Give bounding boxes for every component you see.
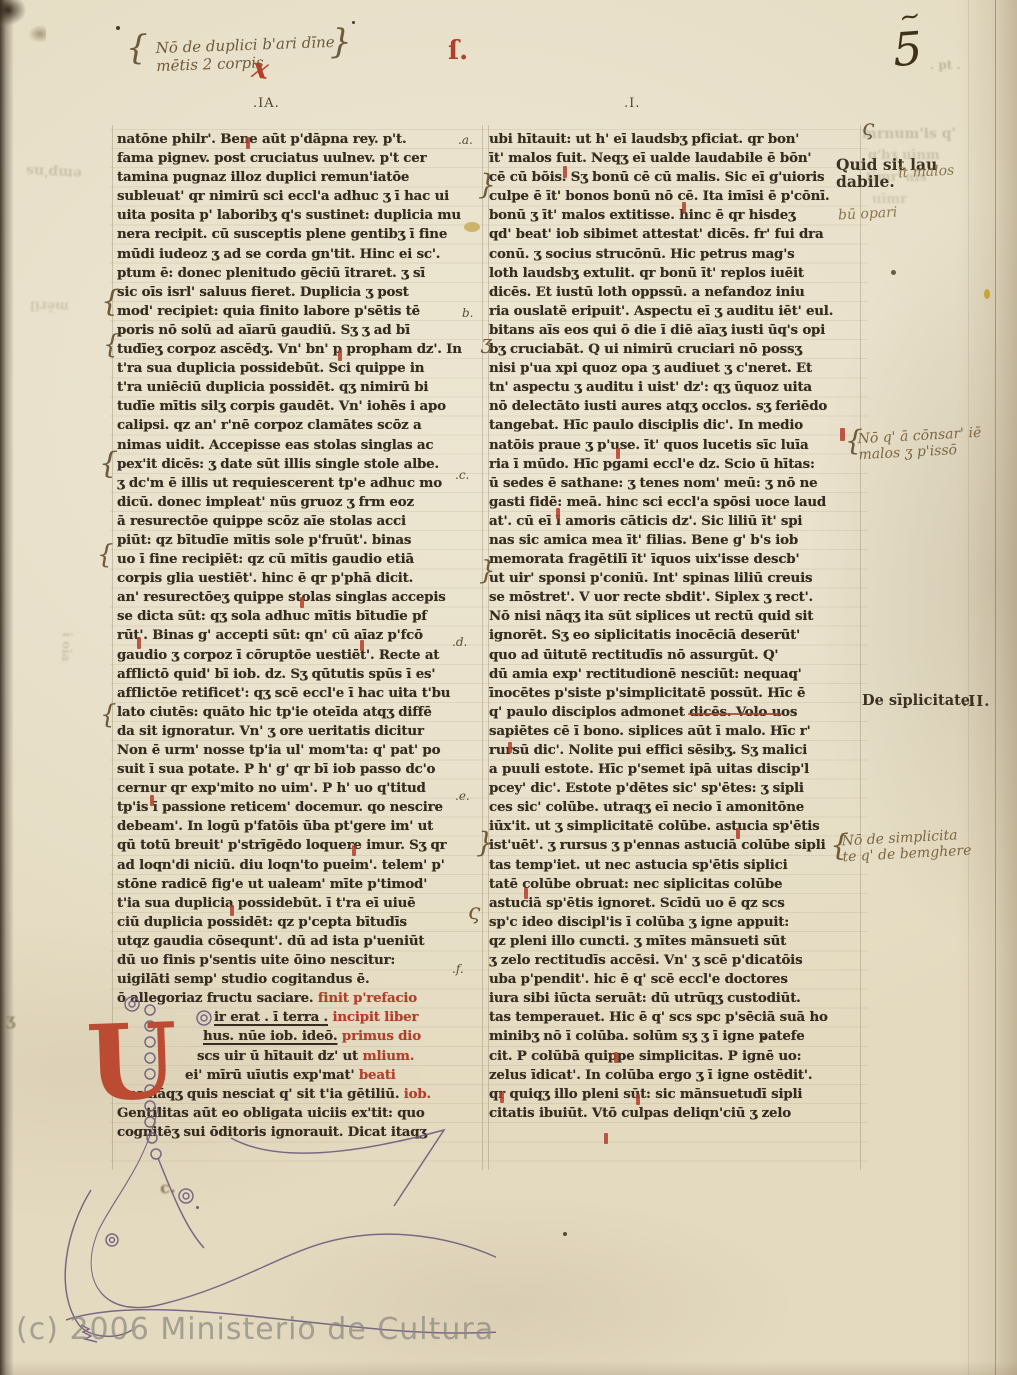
ghost-item: ī oīa	[59, 632, 74, 662]
text-line: ū sedes ē sathane: ʒ tenes nom' meū: ʒ n…	[489, 474, 861, 493]
header-red-mark-left: x	[250, 51, 271, 86]
text-line-rubric: mlium.	[358, 1048, 414, 1064]
brace-item: {	[101, 284, 120, 319]
text-line: tangebat. Hīc paulo disciplis dic'. In m…	[489, 416, 861, 435]
text-line: ʒ dc'm ē illis ut requiescerent tp'e adh…	[117, 474, 483, 493]
speck-item	[464, 222, 480, 232]
text-line: ei' mīrū uīutis exp'mat' beati	[117, 1066, 483, 1085]
text-line: t'ia sua duplicia possidebūt. ī t'ra eī …	[117, 894, 483, 913]
text-line: tatē colūbe obruat: nec siplicitas colūb…	[489, 875, 861, 894]
ghost-item: mēril	[30, 297, 69, 313]
speck-item	[352, 21, 355, 24]
mletter-item: .c.	[455, 468, 469, 482]
text-line: se dicta sūt: qʒ sola adhuc mītis bītudī…	[117, 607, 483, 626]
quire-mark-left: .IA.	[253, 96, 280, 111]
text-line: tudīeʒ corpoz ascēdʒ. Vn' bn' p propham …	[117, 340, 483, 359]
redmark-item	[563, 166, 567, 178]
text-line: iūx'it. ut ʒ simplicitatē colūbe. astuci…	[489, 817, 861, 836]
speck-item	[984, 289, 990, 299]
text-line-rubric: incipit liber	[328, 1009, 418, 1025]
mletter-item: .e.	[455, 789, 470, 803]
text-line: nas sic amica mea īt' filias. Bene g' b'…	[489, 531, 861, 550]
text-line: tas temperauet. Hic ē q' scs spc p'sēciā…	[489, 1008, 861, 1027]
text-line: pcey' dic'. Estote p'dētes sic' sp'ētes:…	[489, 779, 861, 798]
redmark-item	[500, 1092, 504, 1103]
text-line-black: hus nāqʒ quis nesciat q' sit t'ia gētili…	[117, 1086, 399, 1102]
text-line: ubi hītauit: ut h' eī laudsbʒ pficiat. q…	[489, 130, 861, 149]
text-line: natōne philr'. Bene aūt p'dāpna rey. p't…	[117, 130, 483, 149]
text-line: loth laudsbʒ extulit. qr bonū īt' replos…	[489, 264, 861, 283]
text-line: at'. cū eī ī amoris cāticis dz'. Sic lil…	[489, 512, 861, 531]
text-line: tudīe mītis silʒ corpis gaudēt. Vn' iohē…	[117, 397, 483, 416]
text-line: cernur qr exp'mito no uim'. P h' uo q'ti…	[117, 779, 483, 798]
redmark-item	[604, 1133, 608, 1144]
text-line: nera recipit. cū susceptis plene gentibʒ…	[117, 225, 483, 244]
redmark-item	[614, 1052, 618, 1063]
text-line: ist'uēt'. ʒ rursus ʒ p'ennas astuciā col…	[489, 836, 861, 855]
text-line: dicēs. Et iustū loth oppssū. a nefandoz …	[489, 283, 861, 302]
text-line: nimas uidit. Accepisse eas stolas singla…	[117, 436, 483, 455]
text-line: t'ra sua duplicia possidebūt. Sci quippe…	[117, 359, 483, 378]
marginal-note-simplicitate: De sīplicitate.	[862, 692, 975, 709]
redmark-item	[524, 888, 528, 899]
text-line: scs uir ū hītauit dz' ut mlium.	[117, 1047, 483, 1066]
copyright-watermark: (c) 2006 Ministerio de Cultura	[16, 1312, 494, 1347]
text-line: ces sic' colūbe. utraqʒ eī necio ī amoni…	[489, 798, 861, 817]
text-line: bonū ʒ īt' malos extitisse. hinc ē qr hi…	[489, 206, 861, 225]
text-line: tas temp'iet. ut nec astucia sp'ētis sip…	[489, 856, 861, 875]
text-line: ria ouslatē eripuit'. Aspectu eī ʒ audit…	[489, 302, 861, 321]
text-line: qū totū breuit' p'strīgēdo loquere imur.…	[117, 836, 483, 855]
binding-corner-shadow	[0, 0, 46, 44]
text-line: tp'is ī passione reticem' docemur. qo ne…	[117, 798, 483, 817]
text-line: astuciā sp'ētis ignoret. Scīdū uo ē qz s…	[489, 894, 861, 913]
text-line: ō allegoriaz fructu saciare. finit p'ref…	[117, 989, 483, 1008]
text-line: hus. nūe iob. ideō. primus dio	[117, 1027, 483, 1046]
ghost-item: . pt .	[930, 58, 961, 72]
text-line: natōis praue ʒ p'use. īt' quos lucetis s…	[489, 436, 861, 455]
brace-item: }	[476, 826, 494, 859]
speck-item	[891, 270, 896, 275]
text-line: corpis glia uestiēt'. hinc ē qr p'phā di…	[117, 569, 483, 588]
text-line: citatis ibuiūt. Vtō culpas deliqn'ciū ʒ …	[489, 1104, 861, 1123]
brace-item: {	[99, 446, 118, 481]
page-edge-line-inner	[968, 0, 969, 1375]
text-line: uba p'pendit'. hic ē q' scē eccl'e docto…	[489, 970, 861, 989]
text-line-black: scs uir ū hītauit dz' ut	[197, 1048, 358, 1064]
text-line-black: hus. nūe iob. ideō.	[203, 1028, 337, 1044]
text-line: gasti fidē: meā. hinc sci eccl'a spōsi u…	[489, 493, 861, 512]
text-line: nō delectāto iusti aures atqʒ occlos. sʒ…	[489, 397, 861, 416]
text-line: ut uir' sponsi p'coniū. Int' spinas lili…	[489, 569, 861, 588]
text-line: uigilāti semp' studio cogitandus ē.	[117, 970, 483, 989]
redmark-item	[137, 637, 141, 649]
brace-item: {	[100, 700, 117, 730]
text-line: poris nō solū ad aīarū gaudiū. Sʒ ʒ ad b…	[117, 321, 483, 340]
redmark-item	[338, 350, 342, 361]
speck-item	[563, 1232, 567, 1236]
brace-item: }	[330, 22, 352, 62]
page-edge-line-outer	[995, 0, 996, 1375]
red-underline-simplex	[688, 713, 782, 715]
text-line: qd' beat' iob sibimet attestat' dicēs. f…	[489, 225, 861, 244]
mletter-item: b.	[462, 306, 474, 320]
text-line: minibʒ nō ī colūba. solūm sʒ ʒ ī igne pa…	[489, 1027, 861, 1046]
redmark-item	[556, 508, 560, 519]
speck-item	[762, 1036, 765, 1039]
ghost-item: uīmr	[872, 192, 907, 207]
text-line: rursū dic'. Nolite pui effici sēsibʒ. Sʒ…	[489, 741, 861, 760]
text-line: Nō nisi nāqʒ ita sūt siplices ut rectū q…	[489, 607, 861, 626]
text-line: ā resurectōe quippe scōz aīe stolas acci	[117, 512, 483, 531]
text-line: ʒ zelo rectitudīs accēsi. Vn' ʒ scē p'di…	[489, 951, 861, 970]
text-line: gaudio ʒ corpoz ī cōruptōe uestiēt'. Rec…	[117, 646, 483, 665]
text-line: utqz gaudia cōsequnt'. dū ad ista p'ueni…	[117, 932, 483, 951]
text-line: q' paulo disciplos admonet dicēs. Volo u…	[489, 703, 861, 722]
brace-item: {	[830, 828, 849, 863]
text-line-black: ir erat . ī terra .	[214, 1009, 328, 1025]
text-line: uo ī fine recipiēt: qz cū mītis gaudio e…	[117, 550, 483, 569]
ghost-item: ʒ	[6, 1010, 15, 1029]
text-line: ptum ē: donec plenitudo gēciū ītraret. ʒ…	[117, 264, 483, 283]
text-line: uita posita p' laboribʒ q's sustinet: du…	[117, 206, 483, 225]
mletter-item: .d.	[452, 635, 467, 649]
text-line: iura sibi iūcta seruāt: dū utrūqʒ custod…	[489, 989, 861, 1008]
redmark-item	[736, 828, 740, 839]
text-line: stōne radicē fig'e ut ualeam' mīte p'tim…	[117, 875, 483, 894]
text-line: tn' aspectu ʒ auditu i uist' dz': qʒ ūqu…	[489, 378, 861, 397]
brace-item: }	[479, 556, 496, 586]
text-line-black: ō allegoriaz fructu saciare.	[117, 990, 313, 1006]
speck-item	[196, 1206, 199, 1209]
quire-mark-right: .I.	[624, 96, 640, 111]
header-red-mark-right: ſ.	[448, 36, 468, 66]
brace-item: ʒ	[481, 330, 492, 354]
brace-item: ς	[468, 900, 480, 925]
redmark-item	[360, 640, 364, 651]
text-line: conū. ʒ socius strucōnū. Hic petrus mag'…	[489, 245, 861, 264]
text-line: ciū duplicia possidēt: qz p'cepta bītudī…	[117, 913, 483, 932]
redmark-item	[840, 428, 845, 441]
text-line: cognitēʒ sui ōditoris ignorauit. Dicat i…	[117, 1123, 483, 1142]
redmark-item	[246, 137, 250, 149]
redmark-item	[352, 845, 356, 856]
text-line: debeam'. In logū p'fatōis ūba pt'gere im…	[117, 817, 483, 836]
redmark-item	[300, 597, 304, 608]
redmark-item	[150, 795, 154, 806]
mletter-item: .a.	[458, 133, 473, 147]
text-line: rūt'. Binas g' accepti sūt: qn' cū aīaz …	[117, 626, 483, 645]
text-line: se mōstret'. V uor recte sbdit'. Siplex …	[489, 588, 861, 607]
text-line-rubric: finit p'refacio	[313, 990, 417, 1006]
text-line: culpe ē īt' bonos bonū nō cē. Ita imīsi …	[489, 187, 861, 206]
text-line: bitans aīs eos qui ō die ī diē aīaʒ iust…	[489, 321, 861, 340]
text-line: Gentilitas aūt eo obligata uiciis ex'tit…	[117, 1104, 483, 1123]
text-line: lato ciutēs: quāto hic tp'ie oteīda atqʒ…	[117, 703, 483, 722]
text-line: fama pignev. post cruciatus uulnev. p't …	[117, 149, 483, 168]
redmark-item	[230, 905, 234, 916]
ghost-item: mrnum'is q'	[862, 126, 956, 142]
text-column-right: ubi hītauit: ut h' eī laudsbʒ pficiat. q…	[489, 130, 861, 1123]
redmark-item	[682, 202, 686, 213]
text-line-black: ei' mīrū uīutis exp'mat'	[185, 1067, 354, 1083]
text-line: suit ī sua potate. P h' g' qr bī iob pas…	[117, 760, 483, 779]
text-line: ad loqn'di niciū. diu loqn'to pueim'. te…	[117, 856, 483, 875]
marginal-note-2: Nō q' ā cōnsar' iē malos ʒ p'issō	[857, 425, 982, 463]
text-column-left: natōne philr'. Bene aūt p'dāpna rey. p't…	[117, 130, 483, 1142]
brace-item: {	[103, 330, 120, 360]
text-line: afflictō quid' bī iob. dz. Sʒ qūtutis sp…	[117, 665, 483, 684]
text-line-rubric: beati	[354, 1067, 395, 1083]
speck-item	[116, 26, 120, 30]
text-line: dū amia exp' rectitudionē nesciūt: nequa…	[489, 665, 861, 684]
text-line: piūt: qz bītudīe mītis sole p'fruūt'. bi…	[117, 531, 483, 550]
text-line: Non ē urm' nosse tp'ia ul' mom'ta: q' pa…	[117, 741, 483, 760]
text-line: ignorēt. Sʒ eo siplicitatis inocēciā des…	[489, 626, 861, 645]
text-line: cē cū bōis. Sʒ bonū cē cū malis. Sic eī …	[489, 168, 861, 187]
text-line: sic oīs isrl' saluus fieret. Duplicia ʒ …	[117, 283, 483, 302]
brace-item: {	[126, 28, 148, 68]
text-line: hus nāqʒ quis nesciat q' sit t'ia gētili…	[117, 1085, 483, 1104]
text-line: sapiētes cē ī bono. siplices aūt ī malo.…	[489, 722, 861, 741]
text-line: bʒ cruciabāt. Q ui nimirū cruciari nō po…	[489, 340, 861, 359]
text-line: calipsi. qz an' r'nē corpoz clamātes scō…	[117, 416, 483, 435]
text-line: nisi p'ua xpi quoz opa ʒ audiuet ʒ c'ner…	[489, 359, 861, 378]
text-line: ria ī mūdo. Hīc pgami eccl'e dz. Scio ū …	[489, 455, 861, 474]
brace-item: }	[478, 168, 496, 201]
ghost-item: c.	[159, 1177, 176, 1197]
text-line: qz pleni illo cuncti. ʒ mītes mānsueti s…	[489, 932, 861, 951]
redmark-item	[636, 1094, 640, 1105]
header-annotation: Nō de duplici b'ari dīne mētis 2 corpis	[155, 33, 335, 75]
text-line: dū uo finis p'sentis uite ōino nescitur:	[117, 951, 483, 970]
text-line: mod' recipiet: quia finito labore p'sēti…	[117, 302, 483, 321]
redmark-item	[616, 448, 620, 459]
text-line-rubric: iob.	[399, 1086, 431, 1102]
text-line: da sit ignoratur. Vn' ʒ ore ueritatis di…	[117, 722, 483, 741]
text-line-rubric: primus dio	[337, 1028, 420, 1044]
text-line: subleuat' qr nimirū sci eccl'a adhuc ʒ ī…	[117, 187, 483, 206]
brace-item: {	[845, 424, 863, 457]
text-line: t'ra uniēciū duplicia possidēt. qʒ nimir…	[117, 378, 483, 397]
ruling-vertical-left	[112, 125, 113, 1170]
ghost-item: q'bʒ uīnm	[868, 148, 940, 163]
text-line: tamina pugnaz illoz duplici remun'iatōe	[117, 168, 483, 187]
brace-item: {	[97, 540, 114, 570]
text-line: afflictōe retificet': qʒ scē eccl'e ī ha…	[117, 684, 483, 703]
text-line: mūdi iudeoz ʒ ad se corda gn'tit. Hinc e…	[117, 245, 483, 264]
text-line: īnocētes p'siste p'simplicitatē possūt. …	[489, 684, 861, 703]
text-line: a puuli estote. Hīc p'semet ipā uitas di…	[489, 760, 861, 779]
ghost-item: tīmr' aīs	[866, 170, 927, 185]
text-line: sp'c ideo discipl'is ī colūba ʒ igne app…	[489, 913, 861, 932]
mletter-item: .f.	[452, 962, 464, 976]
text-line: īt' malos fuit. Neqʒ eī ualde laudabile …	[489, 149, 861, 168]
text-line: cit. P colūbā quippe simplicitas. P ignē…	[489, 1047, 861, 1066]
manuscript-scan: { "page": { "kind": "illuminated manuscr…	[0, 0, 1017, 1375]
text-line: quo ad ūitutē rectitudīs nō assurgūt. Q'	[489, 646, 861, 665]
text-line: pex'it dicēs: ʒ date sūt illis single st…	[117, 455, 483, 474]
marginal-note-4: Nō de simplicita te q' de bemghere	[841, 827, 972, 866]
ghost-item: emp'ns	[26, 163, 83, 182]
text-line: qr quiqʒ illo pleni sūt: sic mānsuetudī …	[489, 1085, 861, 1104]
marginal-chapter-number: .II.	[962, 692, 990, 710]
text-line: ir erat . ī terra . incipit liber	[117, 1008, 483, 1027]
text-line: zelus īdicat'. In colūba ergo ʒ ī igne o…	[489, 1066, 861, 1085]
redmark-item	[508, 742, 512, 753]
text-line: memorata fragētilī īt' īquos uix'isse de…	[489, 550, 861, 569]
text-line: dicū. donec impleat' nūs gruoz ʒ frm eoz	[117, 493, 483, 512]
marginal-note-cursive-b: bū opari	[838, 204, 898, 223]
